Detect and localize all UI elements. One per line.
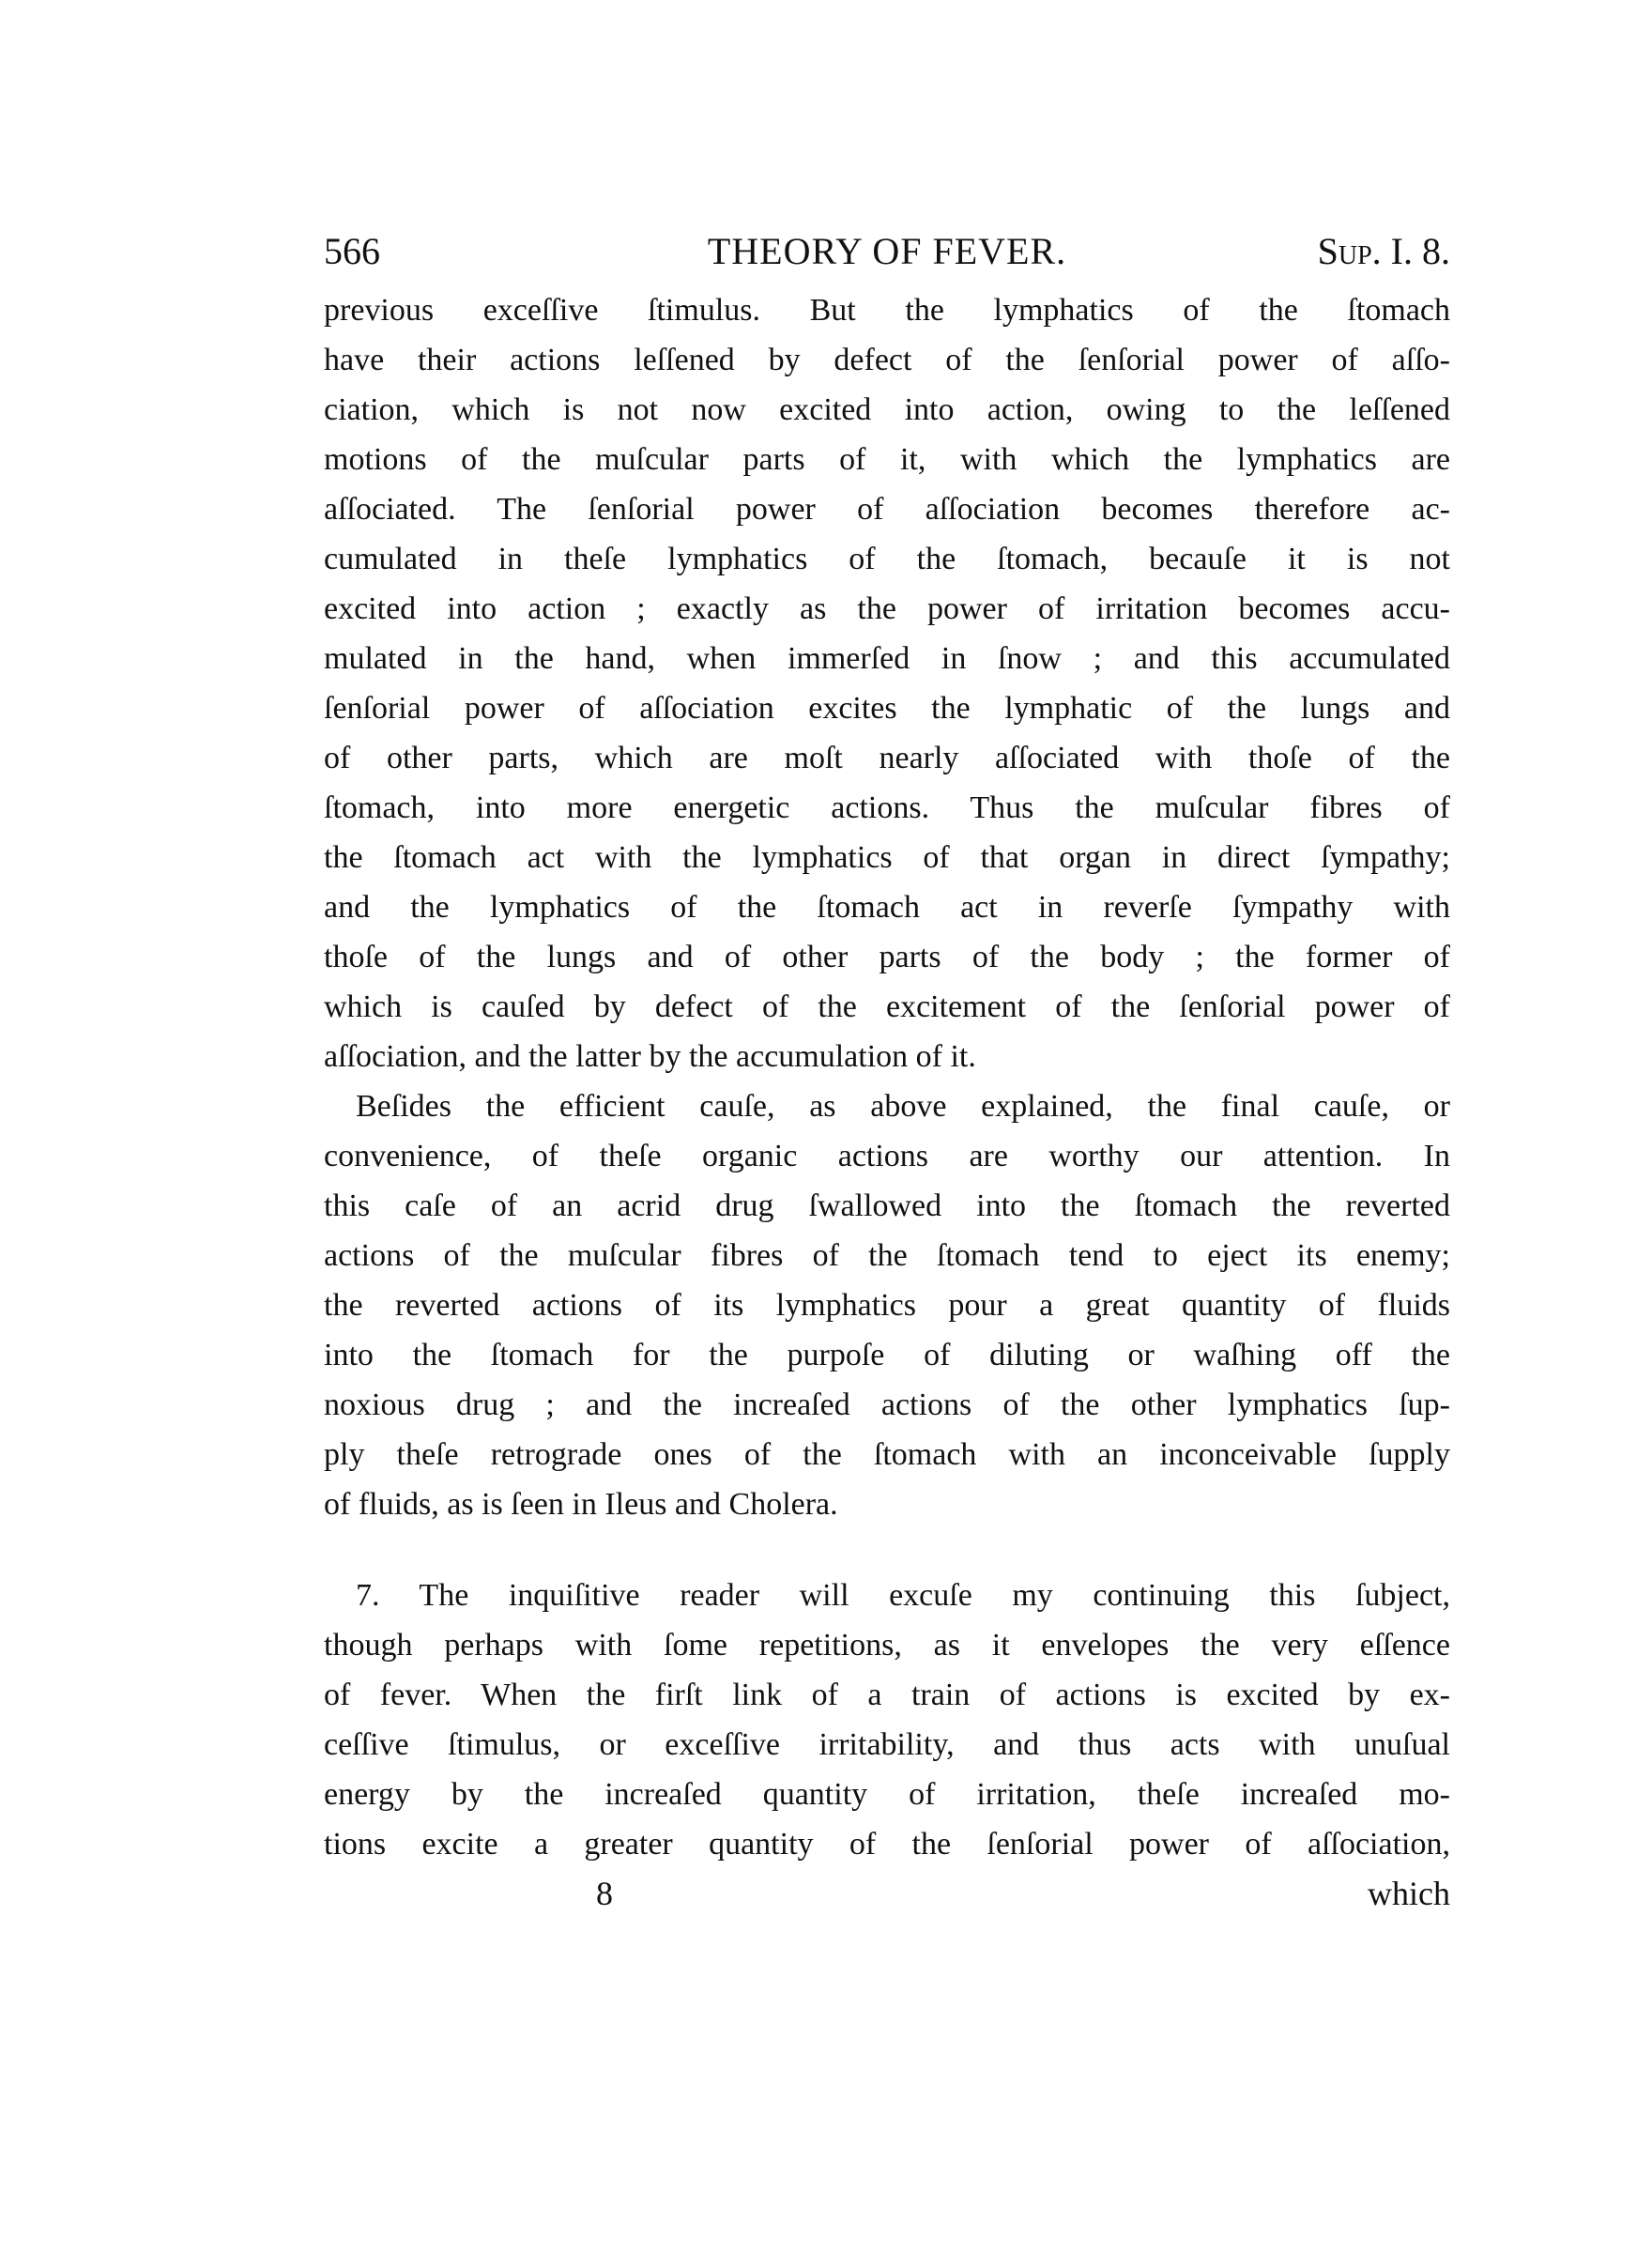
text-line: ſtomach, into more energetic actions. Th…: [324, 783, 1450, 833]
catchword: which: [1368, 1869, 1450, 1919]
text-line: actions of the muſcular fibres of the ſt…: [324, 1231, 1450, 1280]
text-line: cumulated in theſe lymphatics of the ſto…: [324, 534, 1450, 584]
running-title: THEORY OF FEVER.: [324, 223, 1450, 280]
text-line: aſſociated. The ſenſorial power of aſſoc…: [324, 484, 1450, 534]
section-spacer: [324, 1529, 1450, 1571]
text-line: of fluids, as is ſeen in Ileus and Chole…: [324, 1479, 1450, 1529]
page-footer: 8 which: [324, 1869, 1450, 1919]
text-line: of fever. When the firſt link of a train…: [324, 1670, 1450, 1720]
book-page: 566 THEORY OF FEVER. Sup. I. 8. previous…: [324, 223, 1450, 1919]
text-line: 7. The inquiſitive reader will excuſe my…: [324, 1571, 1450, 1620]
paragraph-1: previous exceſſive ſtimulus. But the lym…: [324, 285, 1450, 1081]
paragraph-2: Beſides the efficient cauſe, as above ex…: [324, 1081, 1450, 1529]
section-reference: Sup. I. 8.: [1318, 223, 1450, 280]
text-line: thoſe of the lungs and of other parts of…: [324, 932, 1450, 982]
text-line: mulated in the hand, when immerſed in ſn…: [324, 634, 1450, 683]
running-head: 566 THEORY OF FEVER. Sup. I. 8.: [324, 223, 1450, 280]
text-line: previous exceſſive ſtimulus. But the lym…: [324, 285, 1450, 335]
text-line: the reverted actions of its lymphatics p…: [324, 1280, 1450, 1330]
text-line: ciation, which is not now excited into a…: [324, 385, 1450, 435]
text-line: of other parts, which are moſt nearly aſ…: [324, 733, 1450, 783]
text-line: ſenſorial power of aſſociation excites t…: [324, 683, 1450, 733]
text-line: which is cauſed by defect of the excitem…: [324, 982, 1450, 1032]
text-line: noxious drug ; and the increaſed actions…: [324, 1380, 1450, 1430]
text-line: have their actions leſſened by defect of…: [324, 335, 1450, 385]
text-line: motions of the muſcular parts of it, wit…: [324, 435, 1450, 484]
text-line: and the lymphatics of the ſtomach act in…: [324, 882, 1450, 932]
text-line: energy by the increaſed quantity of irri…: [324, 1770, 1450, 1819]
text-line: into the ſtomach for the purpoſe of dilu…: [324, 1330, 1450, 1380]
text-line: this caſe of an acrid drug ſwallowed int…: [324, 1181, 1450, 1231]
text-line: excited into action ; exactly as the pow…: [324, 584, 1450, 634]
text-line: Beſides the efficient cauſe, as above ex…: [324, 1081, 1450, 1131]
paragraph-3: 7. The inquiſitive reader will excuſe my…: [324, 1571, 1450, 1869]
text-line: the ſtomach act with the lymphatics of t…: [324, 833, 1450, 882]
text-line: ply theſe retrograde ones of the ſtomach…: [324, 1430, 1450, 1479]
text-line: ceſſive ſtimulus, or exceſſive irritabil…: [324, 1720, 1450, 1770]
text-line: tions excite a greater quantity of the ſ…: [324, 1819, 1450, 1869]
body-text: previous exceſſive ſtimulus. But the lym…: [324, 285, 1450, 1919]
text-line: though perhaps with ſome repetitions, as…: [324, 1620, 1450, 1670]
text-line: aſſociation, and the latter by the accum…: [324, 1032, 1450, 1081]
signature-mark: 8: [596, 1869, 613, 1919]
text-line: convenience, of theſe organic actions ar…: [324, 1131, 1450, 1181]
